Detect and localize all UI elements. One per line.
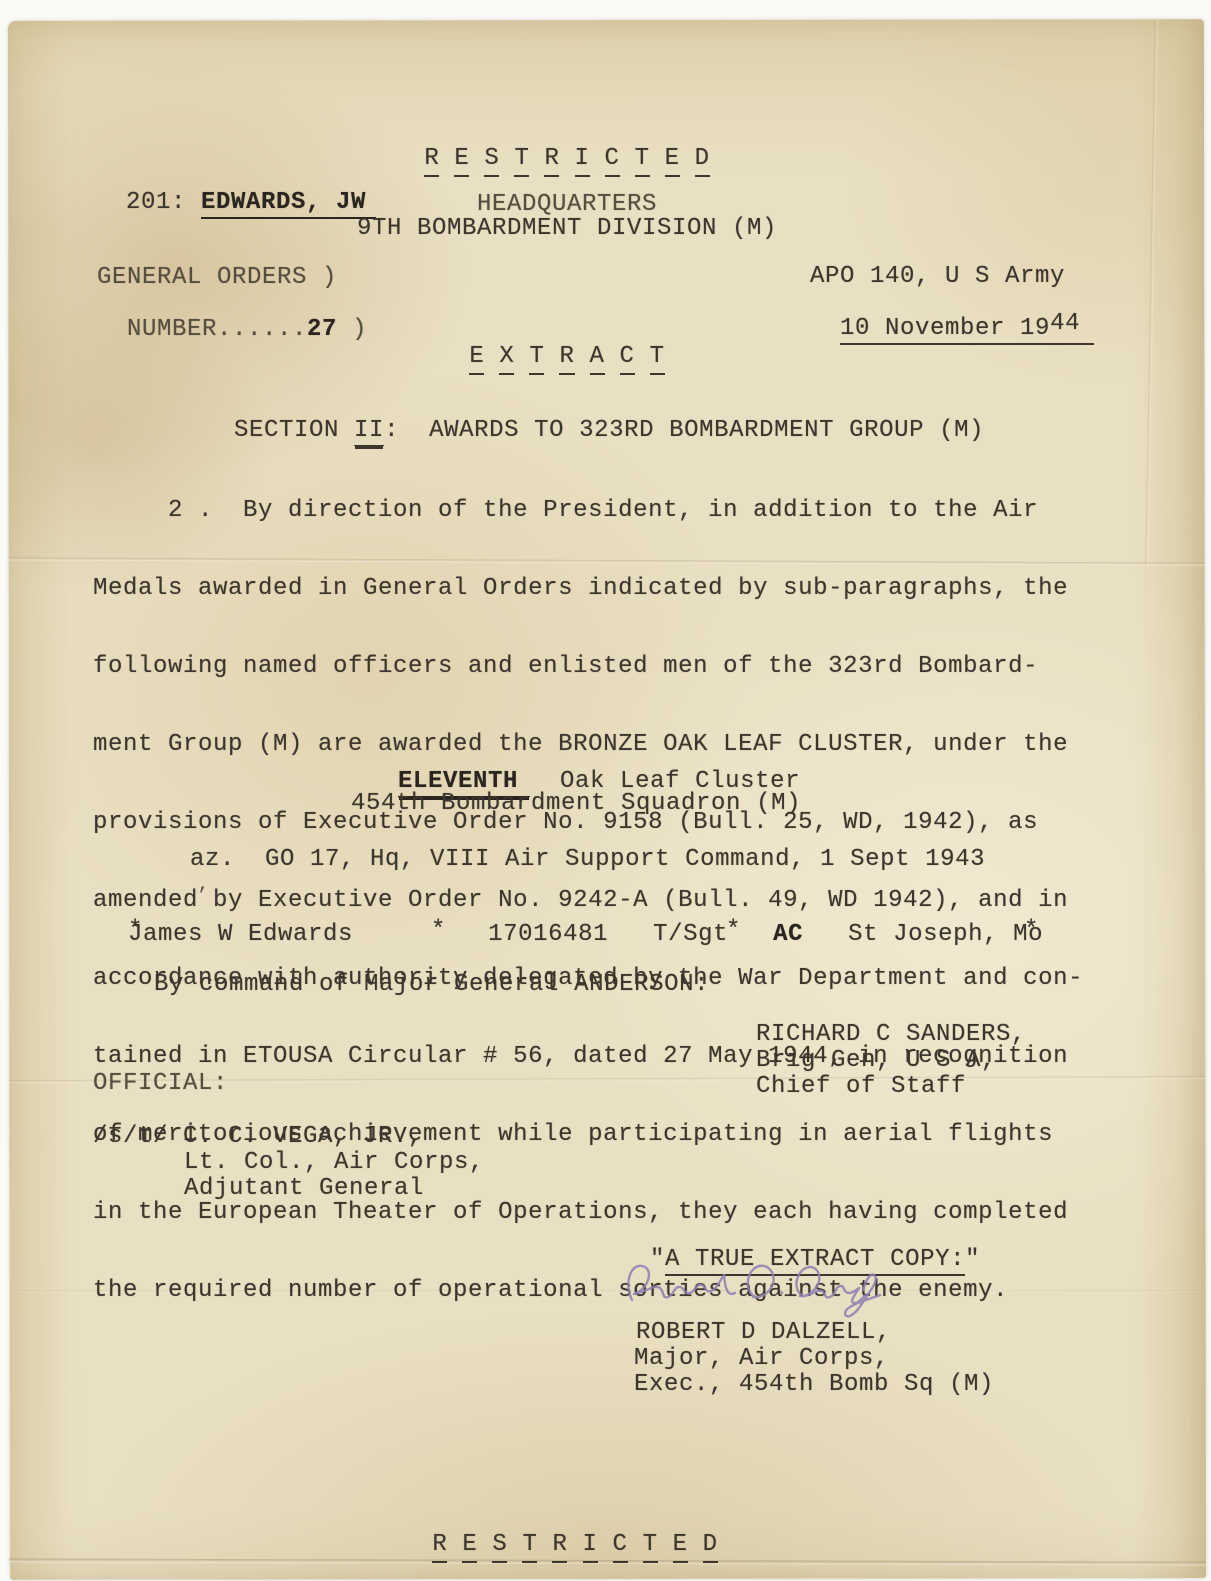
stray-mark: , [198,872,209,898]
date-main: 10 November 19 [840,315,1050,342]
apo-line: APO 140, U S Army [810,264,1065,290]
chief-of-staff-name: RICHARD C SANDERS, [756,1022,1026,1048]
classification-bottom: R E S T R I C T E D [8,1532,1142,1558]
asterisk-mark: * [726,918,741,944]
date-line: 10 November 1944 [810,290,1094,342]
recipient-branch-stamp: AC [773,921,803,948]
orders-number-stamp: 27 [307,316,337,343]
paragraph-line: the required number of operational sorti… [93,1278,1083,1304]
signer-rank: Major, Air Corps, [634,1346,889,1372]
date-underlined: 10 November 1944 [840,315,1094,345]
orders-number-line: NUMBER......27 ) [97,291,367,343]
section-heading: SECTION II: AWARDS TO 323RD BOMBARDMENT … [204,392,984,444]
section-numeral: II [354,417,384,446]
scanned-document-page: { "classification": { "top": "R E S T R … [0,0,1211,1581]
paragraph-line: following named officers and enlisted me… [93,654,1083,680]
paragraph-line: 2 . By direction of the President, in ad… [93,498,1083,524]
official-label: OFFICIAL: [93,1071,228,1097]
signer-title: Exec., 454th Bomb Sq (M) [634,1372,994,1398]
section-rest: : AWARDS TO 323RD BOMBARDMENT GROUP (M) [384,417,984,444]
adjutant-title: Adjutant General [184,1176,424,1202]
chief-of-staff-title: Chief of Staff [756,1074,966,1100]
recipient-name-serial: James W Edwards 17016481 T/Sgt [128,921,773,948]
recipient-hometown: St Joseph, Mo [803,921,1043,948]
orders-number-prefix: NUMBER...... [127,316,307,343]
by-command-line: By command of Major General ANDERSON: [154,972,709,998]
citation-line: az. GO 17, Hq, VIII Air Support Command,… [190,847,985,873]
date-year-overstrike: 44 [1050,310,1080,337]
asterisk-mark: * [128,918,143,944]
asterisk-mark: * [1024,918,1039,944]
adjutant-signature-line: /s/t/ C. C. VEGA, JR., [93,1124,423,1150]
extract-title: E X T R A C T [0,344,1134,370]
chief-of-staff-rank: Brig Gen, U S A, [756,1048,996,1074]
section-prefix: SECTION [234,417,354,444]
paragraph-line: Medals awarded in General Orders indicat… [93,576,1083,602]
signer-name: ROBERT D DALZELL, [636,1320,891,1346]
close-quote: " [965,1246,980,1273]
asterisk-mark: * [431,918,446,944]
cluster-heading: ELEVENTH Oak Leaf Cluster [368,743,800,795]
squadron-line: 454th Bombardment Squadron (M) [351,791,801,817]
handwritten-signature [616,1250,894,1324]
orders-number-suffix: ) [337,316,367,343]
division-line: 9TH BOMBARDMENT DIVISION (M) [0,216,1134,242]
adjutant-rank: Lt. Col., Air Corps, [184,1150,484,1176]
general-orders-line: GENERAL ORDERS ) [97,265,337,291]
recipient-line: James W Edwards 17016481 T/Sgt AC St Jos… [98,896,1043,948]
